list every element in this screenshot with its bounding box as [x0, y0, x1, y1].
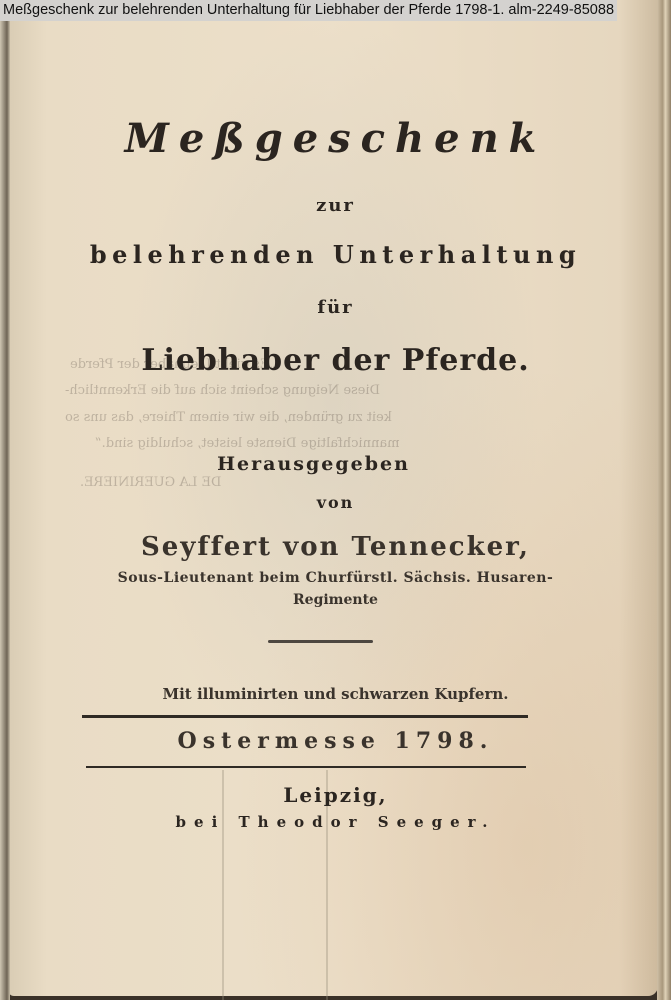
bleed-through-text: Diese Neigung scheint sich auf die Erken… [65, 383, 380, 398]
edited-label: Herausgegeben [0, 453, 649, 475]
book-title: Meßgeschenk [0, 115, 671, 162]
title-connector-zur: zur [0, 195, 671, 216]
publisher: bei Theodor Seeger. [0, 813, 671, 831]
bleed-through-text: mannichfaltige Dienste leistet, schuldig… [95, 436, 399, 451]
subtitle: belehrenden Unterhaltung [0, 240, 671, 269]
rule-above-edition [82, 715, 528, 718]
ornamental-divider [268, 640, 373, 643]
plates-note: Mit illuminirten und schwarzen Kupfern. [0, 685, 671, 703]
author-regiment: Regimente [0, 592, 671, 608]
audience-line: Liebhaber der Pferde. [0, 343, 671, 378]
author-name: Seyffert von Tennecker, [0, 532, 671, 562]
publication-place: Leipzig, [0, 783, 671, 807]
title-connector-fuer: für [0, 297, 671, 318]
fair-edition: Ostermesse 1798. [0, 728, 671, 754]
author-rank: Sous-Lieutenant beim Churfürstl. Sächsis… [0, 570, 671, 586]
bleed-through-text: keit zu gründen, die wir einem Thiere, d… [65, 410, 392, 425]
rule-below-edition [86, 766, 526, 768]
by-label: von [0, 493, 671, 512]
image-caption: Meßgeschenk zur belehrenden Unterhaltung… [0, 0, 617, 21]
bleed-through-text: DE LA GUERINIERE. [80, 475, 221, 490]
